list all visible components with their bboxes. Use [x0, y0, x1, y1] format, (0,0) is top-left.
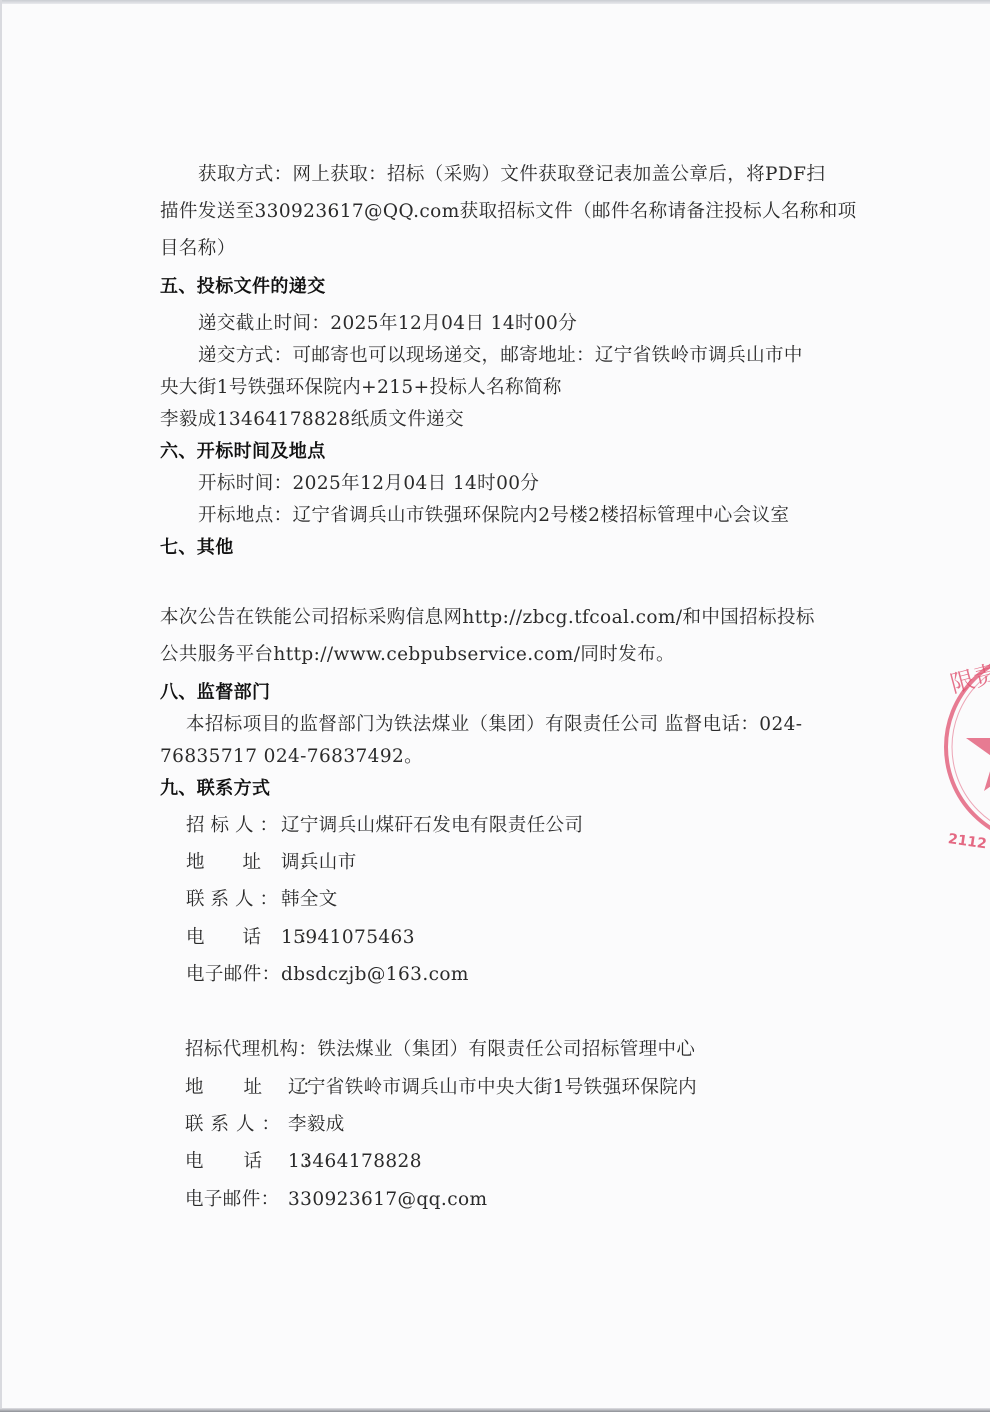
tenderer-address-value: 调兵山市 [281, 852, 357, 873]
tenderer-name-value: 辽宁调兵山煤矸石发电有限责任公司 [281, 815, 583, 836]
section-heading-contact: 九、联系方式 [160, 778, 270, 800]
scan-border-bottom [0, 1408, 990, 1412]
section-heading-opening: 六、开标时间及地点 [160, 441, 326, 463]
publication-line2: 公共服务平台http://www.cebpubservice.com/同时发布。 [160, 644, 675, 666]
submission-method-line3: 李毅成13464178828纸质文件递交 [160, 409, 464, 431]
agency-contact-label: 联系人： [185, 1114, 288, 1136]
agency-contact-value: 李毅成 [288, 1114, 345, 1135]
svg-text:限责: 限责 [947, 659, 990, 699]
section-heading-submission: 五、投标文件的递交 [160, 276, 326, 298]
tenderer-phone-row: 电话：15941075463 [186, 927, 415, 949]
tenderer-address-row: 地址：调兵山市 [186, 852, 357, 874]
submission-deadline: 递交截止时间：2025年12月04日 14时00分 [198, 313, 577, 335]
agency-name-value: 铁法煤业（集团）有限责任公司招标管理中心 [317, 1039, 695, 1060]
agency-phone-row: 电话：13464178828 [185, 1151, 422, 1173]
agency-name-label: 招标代理机构： [185, 1039, 317, 1061]
tenderer-name-row: 招标人：辽宁调兵山煤矸石发电有限责任公司 [186, 815, 583, 837]
tenderer-email-label: 电子邮件： [186, 964, 281, 986]
agency-email-value: 330923617@qq.com [288, 1189, 487, 1210]
agency-address-value: 辽宁省铁岭市调兵山市中央大街1号铁强环保院内 [288, 1077, 697, 1098]
agency-contact-row: 联系人：李毅成 [185, 1114, 345, 1136]
scan-border-left [0, 0, 2, 1412]
section-heading-supervision: 八、监督部门 [160, 682, 270, 704]
tenderer-contact-value: 韩全文 [281, 889, 338, 910]
opening-place: 开标地点：辽宁省调兵山市铁强环保院内2号楼2楼招标管理中心会议室 [198, 505, 789, 527]
company-seal: 限责 2112 [942, 640, 990, 855]
tenderer-email-row: 电子邮件：dbsdczjb@163.com [186, 964, 469, 986]
tenderer-contact-row: 联系人：韩全文 [186, 889, 338, 911]
agency-email-row: 电子邮件：330923617@qq.com [185, 1189, 487, 1211]
tenderer-phone-value: 15941075463 [281, 927, 415, 948]
submission-method-line1: 递交方式：可邮寄也可以现场递交，邮寄地址：辽宁省铁岭市调兵山市中 [198, 345, 803, 367]
tenderer-address-label: 地址： [186, 852, 281, 874]
agency-phone-label: 电话： [185, 1151, 288, 1173]
agency-email-label: 电子邮件： [185, 1189, 288, 1211]
publication-line1: 本次公告在铁能公司招标采购信息网http://zbcg.tfcoal.com/和… [160, 607, 815, 629]
agency-phone-value: 13464178828 [288, 1151, 422, 1172]
agency-address-row: 地址：辽宁省铁岭市调兵山市中央大街1号铁强环保院内 [185, 1077, 697, 1099]
scan-border-top [0, 0, 990, 4]
section-heading-other: 七、其他 [160, 537, 234, 559]
acquisition-method-line2: 描件发送至330923617@QQ.com获取招标文件（邮件名称请备注投标人名称… [160, 201, 857, 223]
submission-method-line2: 央大街1号铁强环保院内+215+投标人名称简称 [160, 377, 562, 399]
opening-time: 开标时间：2025年12月04日 14时00分 [198, 473, 539, 495]
supervision-line2: 76835717 024-76837492。 [160, 746, 423, 768]
agency-name-row: 招标代理机构：铁法煤业（集团）有限责任公司招标管理中心 [185, 1039, 695, 1061]
tenderer-name-label: 招标人： [186, 815, 281, 837]
acquisition-method-line3: 目名称） [160, 238, 236, 260]
tenderer-contact-label: 联系人： [186, 889, 281, 911]
tenderer-email-value: dbsdczjb@163.com [281, 964, 469, 985]
svg-text:2112: 2112 [947, 831, 988, 852]
agency-address-label: 地址： [185, 1077, 288, 1099]
seal-graphic: 限责 2112 [942, 640, 990, 855]
supervision-line1: 本招标项目的监督部门为铁法煤业（集团）有限责任公司 监督电话：024- [186, 714, 802, 736]
tenderer-phone-label: 电话： [186, 927, 281, 949]
acquisition-method-line1: 获取方式：网上获取：招标（采购）文件获取登记表加盖公章后，将PDF扫 [198, 164, 825, 186]
